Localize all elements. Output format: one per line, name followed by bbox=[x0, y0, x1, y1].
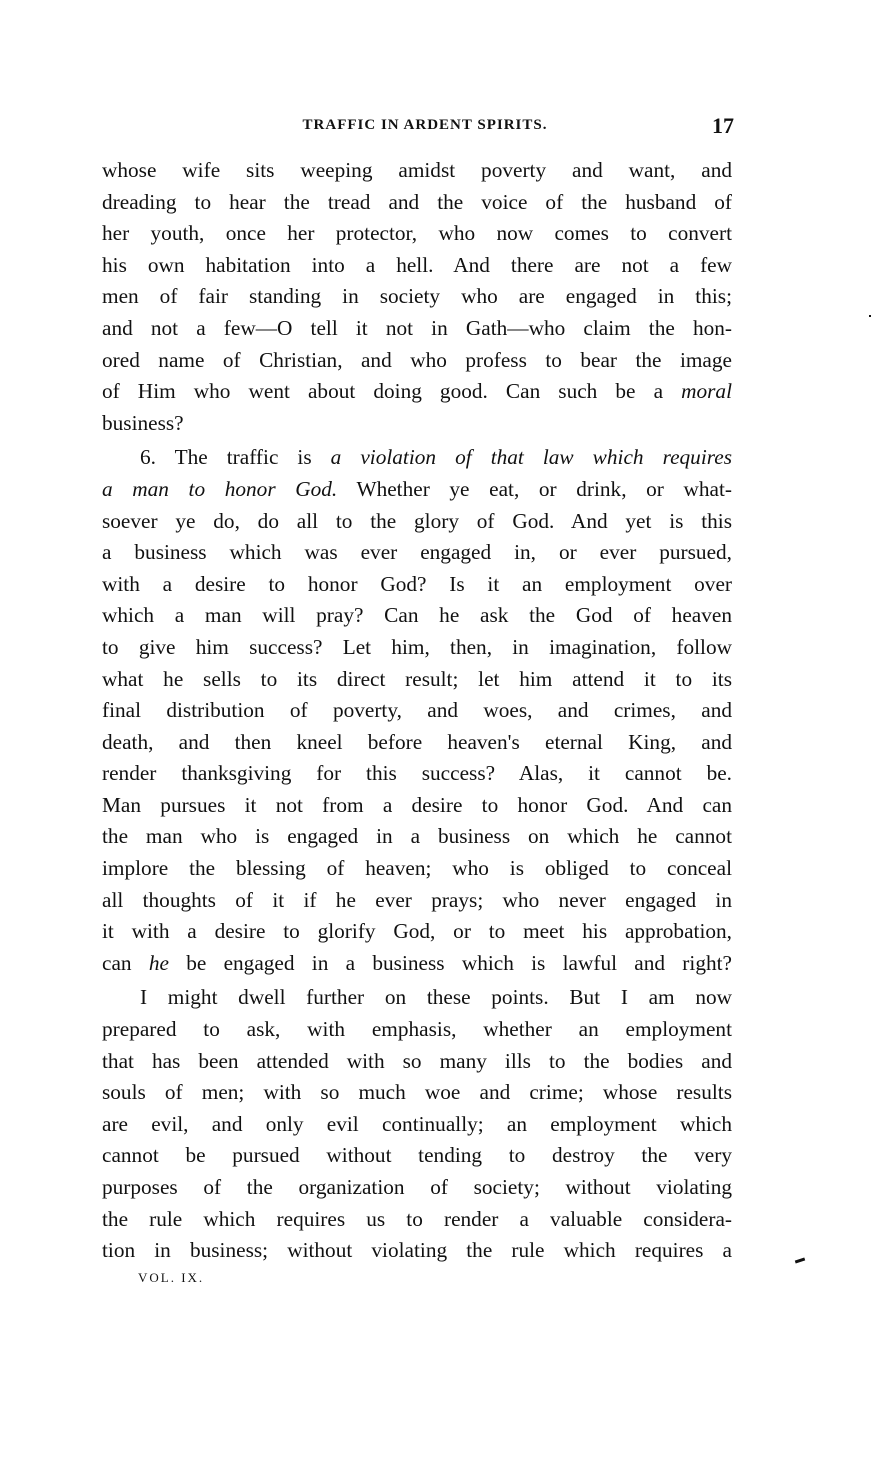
text-line: it with a desire to glorify God, or to m… bbox=[102, 916, 732, 948]
text-line: are evil, and only evil continually; an … bbox=[102, 1109, 732, 1141]
text-line: dreading to hear the tread and the voice… bbox=[102, 187, 732, 219]
text-line: can he be engaged in a business which is… bbox=[102, 948, 732, 980]
text-line: his own habitation into a hell. And ther… bbox=[102, 250, 732, 282]
text-line: business? bbox=[102, 408, 732, 440]
paragraph-2: 6. The traffic is a violation of that la… bbox=[102, 442, 732, 979]
text-line: a business which was ever engaged in, or… bbox=[102, 537, 732, 569]
text-line: men of fair standing in society who are … bbox=[102, 281, 732, 313]
scan-mark bbox=[795, 1258, 805, 1264]
text-line: whose wife sits weeping amidst poverty a… bbox=[102, 155, 732, 187]
text-line: cannot be pursued without tending to des… bbox=[102, 1140, 732, 1172]
text-line: implore the blessing of heaven; who is o… bbox=[102, 853, 732, 885]
page-number: 17 bbox=[712, 113, 734, 139]
running-head: TRAFFIC IN ARDENT SPIRITS. 17 bbox=[102, 113, 734, 141]
body-text: whose wife sits weeping amidst poverty a… bbox=[102, 155, 732, 1267]
book-page: TRAFFIC IN ARDENT SPIRITS. 17 whose wife… bbox=[0, 0, 888, 1475]
text-line: with a desire to honor God? Is it an emp… bbox=[102, 569, 732, 601]
italic-emphasis: he bbox=[149, 951, 169, 975]
text-line: which a man will pray? Can he ask the Go… bbox=[102, 600, 732, 632]
text-line: what he sells to its direct result; let … bbox=[102, 664, 732, 696]
text-line: of Him who went about doing good. Can su… bbox=[102, 376, 732, 408]
text-line: a man to honor God. Whether ye eat, or d… bbox=[102, 474, 732, 506]
text-line: 6. The traffic is a violation of that la… bbox=[102, 442, 732, 474]
text-line: all thoughts of it if he ever prays; who… bbox=[102, 885, 732, 917]
text-line: soever ye do, do all to the glory of God… bbox=[102, 506, 732, 538]
paragraph-1: whose wife sits weeping amidst poverty a… bbox=[102, 155, 732, 439]
italic-emphasis: moral bbox=[681, 379, 732, 403]
text-line: tion in business; without violating the … bbox=[102, 1235, 732, 1267]
text-line: souls of men; with so much woe and crime… bbox=[102, 1077, 732, 1109]
text-line: prepared to ask, with emphasis, whether … bbox=[102, 1014, 732, 1046]
text-line: ored name of Christian, and who profess … bbox=[102, 345, 732, 377]
text-line: render thanksgiving for this success? Al… bbox=[102, 758, 732, 790]
text-line: Man pursues it not from a desire to hono… bbox=[102, 790, 732, 822]
italic-emphasis: a man to honor God. bbox=[102, 477, 337, 501]
scan-speck bbox=[869, 315, 871, 317]
paragraph-3: I might dwell further on these points. B… bbox=[102, 982, 732, 1266]
text-line: the rule which requires us to render a v… bbox=[102, 1204, 732, 1236]
text-run: can bbox=[102, 951, 149, 975]
text-line: death, and then kneel before heaven's et… bbox=[102, 727, 732, 759]
text-line: I might dwell further on these points. B… bbox=[102, 982, 732, 1014]
text-line: that has been attended with so many ills… bbox=[102, 1046, 732, 1078]
text-line: final distribution of poverty, and woes,… bbox=[102, 695, 732, 727]
text-run: be engaged in a business which is lawful… bbox=[169, 951, 732, 975]
text-run: 6. The traffic is bbox=[140, 445, 331, 469]
text-line: and not a few—O tell it not in Gath—who … bbox=[102, 313, 732, 345]
signature-mark: VOL. IX. bbox=[138, 1270, 204, 1286]
text-run: Whether ye eat, or drink, or what- bbox=[337, 477, 732, 501]
text-line: purposes of the organization of society;… bbox=[102, 1172, 732, 1204]
italic-emphasis: a violation of that law which requires bbox=[331, 445, 732, 469]
text-line: to give him success? Let him, then, in i… bbox=[102, 632, 732, 664]
running-title: TRAFFIC IN ARDENT SPIRITS. bbox=[102, 117, 734, 134]
text-run: of Him who went about doing good. Can su… bbox=[102, 379, 681, 403]
text-line: the man who is engaged in a business on … bbox=[102, 821, 732, 853]
text-line: her youth, once her protector, who now c… bbox=[102, 218, 732, 250]
